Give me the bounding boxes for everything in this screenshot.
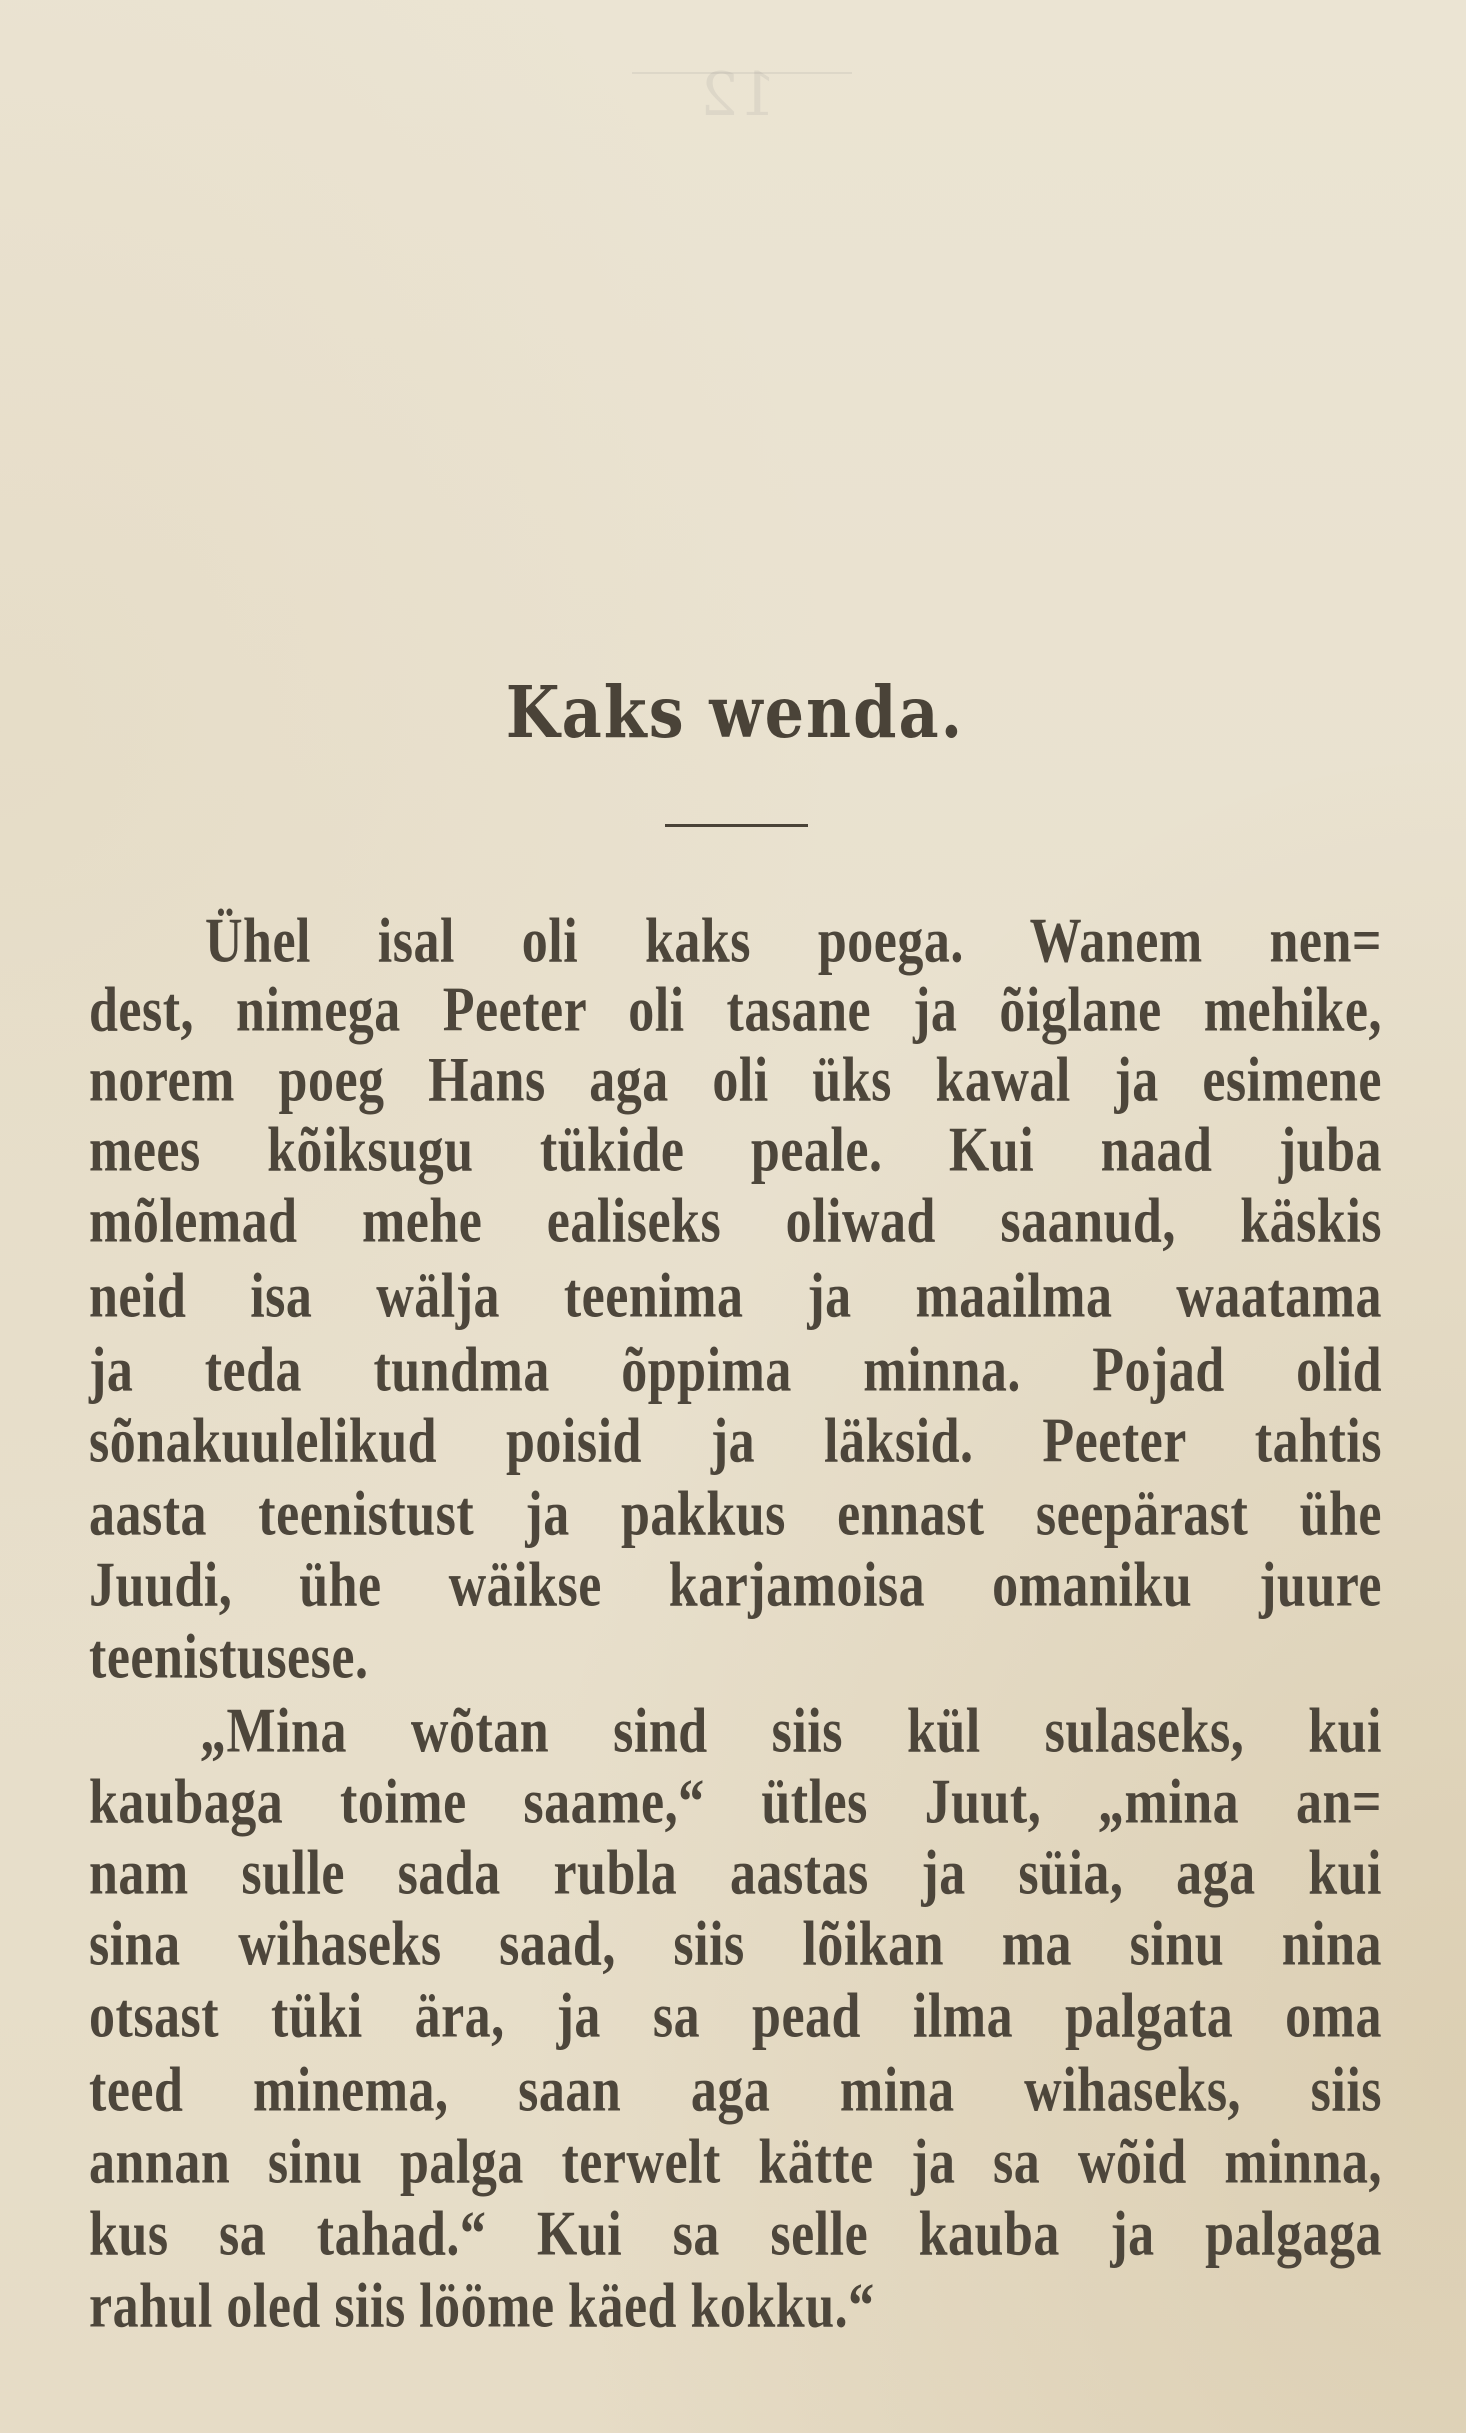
text-line: norem poeg Hans aga oli üks kawal ja esi… bbox=[89, 1042, 1382, 1120]
text-line: „Mina wõtan sind siis kül sulaseks, kui bbox=[200, 1693, 1382, 1771]
text-line: Ühel isal oli kaks poega. Wanem nen= bbox=[205, 903, 1382, 981]
text-line: ja teda tundma õppima minna. Pojad olid bbox=[89, 1332, 1382, 1410]
text-line: sina wihaseks saad, siis lõikan ma sinu … bbox=[89, 1906, 1382, 1984]
text-line: aasta teenistust ja pakkus ennast seepär… bbox=[89, 1476, 1382, 1554]
text-line: Juudi, ühe wäikse karjamoisa omaniku juu… bbox=[89, 1547, 1382, 1625]
text-line: mõlemad mehe ealiseks oliwad saanud, käs… bbox=[89, 1183, 1382, 1261]
text-line: teed minema, saan aga mina wihaseks, sii… bbox=[89, 2052, 1382, 2130]
text-line: teenistusese. bbox=[89, 1619, 1382, 1697]
text-line: sõnakuulelikud poisid ja läksid. Peeter … bbox=[89, 1403, 1382, 1481]
text-line: neid isa wälja teenima ja maailma waatam… bbox=[89, 1258, 1382, 1336]
text-line: rahul oled siis lööme käed kokku.“ bbox=[89, 2268, 1382, 2346]
title-divider bbox=[665, 824, 808, 827]
text-line: annan sinu palga terwelt kätte ja sa wõi… bbox=[89, 2124, 1382, 2202]
chapter-title: Kaks wenda. bbox=[505, 661, 965, 765]
text-line: kus sa tahad.“ Kui sa selle kauba ja pal… bbox=[89, 2196, 1382, 2274]
show-through-page-number: 12 bbox=[700, 60, 776, 130]
text-line: nam sulle sada rubla aastas ja süia, aga… bbox=[89, 1835, 1382, 1913]
book-page: 12 Kaks wenda. Ühel isal oli kaks poega.… bbox=[0, 0, 1466, 2433]
text-line: dest, nimega Peeter oli tasane ja õiglan… bbox=[89, 972, 1382, 1050]
text-line: mees kõiksugu tükide peale. Kui naad jub… bbox=[89, 1112, 1382, 1190]
text-line: otsast tüki ära, ja sa pead ilma palgata… bbox=[89, 1978, 1382, 2056]
show-through-rule bbox=[632, 72, 852, 74]
text-line: kaubaga toime saame,“ ütles Juut, „mina … bbox=[89, 1764, 1382, 1842]
